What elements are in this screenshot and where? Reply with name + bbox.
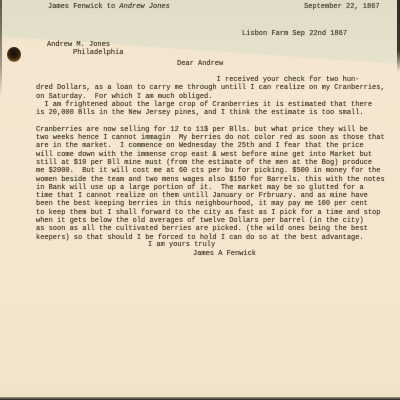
letter-line: to keep them but I shall forward to the … bbox=[36, 209, 398, 217]
letter-line: I am frightened about the large crop of … bbox=[36, 101, 398, 109]
scanned-letter-page: James Fenwick to Andrew Jones September … bbox=[0, 0, 400, 400]
letter-line: as soon as all the cultivated berries ar… bbox=[36, 225, 398, 233]
scan-edge-left bbox=[0, 0, 2, 96]
letter-line: on Saturday. For which I am much obliged… bbox=[36, 93, 398, 101]
recipient-name-italic: Andrew Jones bbox=[119, 3, 169, 11]
letter-line: me $2000. But it will cost me at 60 cts … bbox=[36, 167, 398, 175]
salutation: Dear Andrew bbox=[177, 60, 223, 68]
letter-line bbox=[36, 117, 398, 125]
punch-hole bbox=[7, 47, 21, 62]
letter-line: is 20,000 Blls in the New Jersey pines, … bbox=[36, 109, 398, 117]
signature: James A Fenwick bbox=[193, 250, 256, 258]
letter-line: women beside the team and two mens wages… bbox=[36, 176, 398, 184]
letter-line: are in the market. I commence on Wednesd… bbox=[36, 142, 398, 150]
archive-header-date: September 22, 1867 bbox=[304, 3, 380, 11]
sender-to-recipient-label: James Fenwick to bbox=[48, 3, 119, 11]
letter-line: dred Dollars, as a loan to carry me thro… bbox=[36, 84, 398, 92]
letter-line: Cranberries are now selling for 12 to 11… bbox=[36, 126, 398, 134]
letter-line: keepers) so that should I be forced to h… bbox=[36, 234, 398, 242]
letter-closing: I am yours truly bbox=[148, 241, 215, 249]
recipient-city: Philadelphia bbox=[73, 49, 123, 57]
letter-line: been the best keeping berries in this ne… bbox=[36, 200, 398, 208]
letter-line: in Bank will use up a large portion of i… bbox=[36, 184, 398, 192]
letter-dateline: Lisbon Farm Sep 22nd 1867 bbox=[242, 30, 347, 38]
letter-line: will come down with the immense crop eas… bbox=[36, 151, 398, 159]
letter-body: I received your check for two hun- dred … bbox=[36, 76, 398, 242]
archive-header-title: James Fenwick to Andrew Jones bbox=[48, 3, 170, 11]
